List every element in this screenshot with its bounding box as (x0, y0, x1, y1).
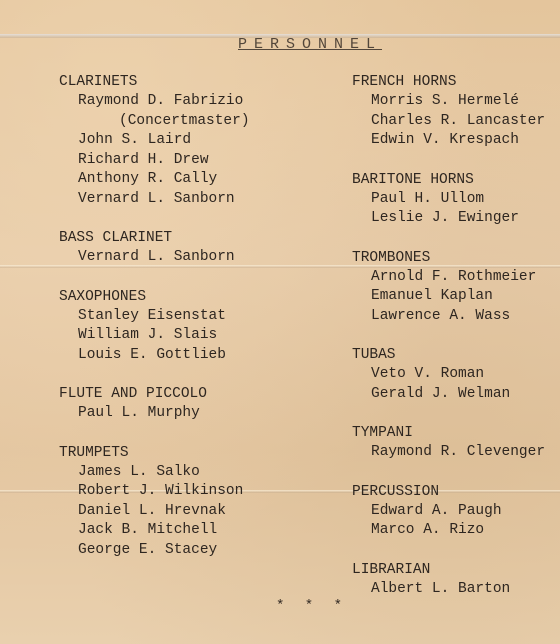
member-name: Edward A. Paugh (352, 502, 545, 522)
member-name: Marco A. Rizo (352, 521, 545, 541)
member-name: Veto V. Roman (352, 365, 545, 385)
member-name: Leslie J. Ewinger (352, 209, 545, 229)
member-name: Daniel L. Hrevnak (59, 502, 250, 522)
member-note: (Concertmaster) (59, 112, 250, 132)
section-flute-and-piccolo: FLUTE AND PICCOLO Paul L. Murphy (59, 384, 250, 424)
section-heading: FRENCH HORNS (352, 72, 545, 92)
member-name: Jack B. Mitchell (59, 521, 250, 541)
section-heading: TROMBONES (352, 248, 545, 268)
member-name: Vernard L. Sanborn (59, 248, 250, 268)
section-heading: LIBRARIAN (352, 560, 545, 580)
section-percussion: PERCUSSION Edward A. Paugh Marco A. Rizo (352, 482, 545, 541)
member-name: John S. Laird (59, 131, 250, 151)
section-baritone-horns: BARITONE HORNS Paul H. Ullom Leslie J. E… (352, 170, 545, 229)
left-column: CLARINETS Raymond D. Fabrizio (Concertma… (59, 72, 250, 560)
section-french-horns: FRENCH HORNS Morris S. Hermelé Charles R… (352, 72, 545, 151)
footer-asterisks: * * * (276, 598, 348, 614)
member-name: Gerald J. Welman (352, 385, 545, 405)
member-name: Stanley Eisenstat (59, 307, 250, 327)
section-saxophones: SAXOPHONES Stanley Eisenstat William J. … (59, 287, 250, 366)
member-name: Anthony R. Cally (59, 170, 250, 190)
member-name: Paul L. Murphy (59, 404, 250, 424)
section-heading: TYMPANI (352, 423, 545, 443)
section-trombones: TROMBONES Arnold F. Rothmeier Emanuel Ka… (352, 248, 545, 327)
section-trumpets: TRUMPETS James L. Salko Robert J. Wilkin… (59, 443, 250, 561)
member-name: Morris S. Hermelé (352, 92, 545, 112)
member-name: Robert J. Wilkinson (59, 482, 250, 502)
section-heading: BASS CLARINET (59, 228, 250, 248)
section-heading: FLUTE AND PICCOLO (59, 384, 250, 404)
section-heading: BARITONE HORNS (352, 170, 545, 190)
member-name: Emanuel Kaplan (352, 287, 545, 307)
section-heading: TRUMPETS (59, 443, 250, 463)
member-name: Louis E. Gottlieb (59, 346, 250, 366)
member-name: Vernard L. Sanborn (59, 190, 250, 210)
member-name: Raymond D. Fabrizio (59, 92, 250, 112)
member-name: Edwin V. Krespach (352, 131, 545, 151)
document-title: PERSONNEL (238, 36, 382, 53)
member-name: George E. Stacey (59, 541, 250, 561)
section-tubas: TUBAS Veto V. Roman Gerald J. Welman (352, 345, 545, 404)
member-name: Charles R. Lancaster (352, 112, 545, 132)
section-librarian: LIBRARIAN Albert L. Barton (352, 560, 545, 600)
section-bass-clarinet: BASS CLARINET Vernard L. Sanborn (59, 228, 250, 268)
member-name: Paul H. Ullom (352, 190, 545, 210)
member-name: Raymond R. Clevenger (352, 443, 545, 463)
member-name: Albert L. Barton (352, 580, 545, 600)
section-heading: PERCUSSION (352, 482, 545, 502)
section-heading: CLARINETS (59, 72, 250, 92)
section-heading: TUBAS (352, 345, 545, 365)
member-name: James L. Salko (59, 463, 250, 483)
member-name: William J. Slais (59, 326, 250, 346)
member-name: Richard H. Drew (59, 151, 250, 171)
member-name: Lawrence A. Wass (352, 307, 545, 327)
section-clarinets: CLARINETS Raymond D. Fabrizio (Concertma… (59, 72, 250, 209)
section-heading: SAXOPHONES (59, 287, 250, 307)
member-name: Arnold F. Rothmeier (352, 268, 545, 288)
section-tympani: TYMPANI Raymond R. Clevenger (352, 423, 545, 463)
typed-document-page: PERSONNEL CLARINETS Raymond D. Fabrizio … (0, 0, 560, 644)
right-column: FRENCH HORNS Morris S. Hermelé Charles R… (352, 72, 545, 599)
